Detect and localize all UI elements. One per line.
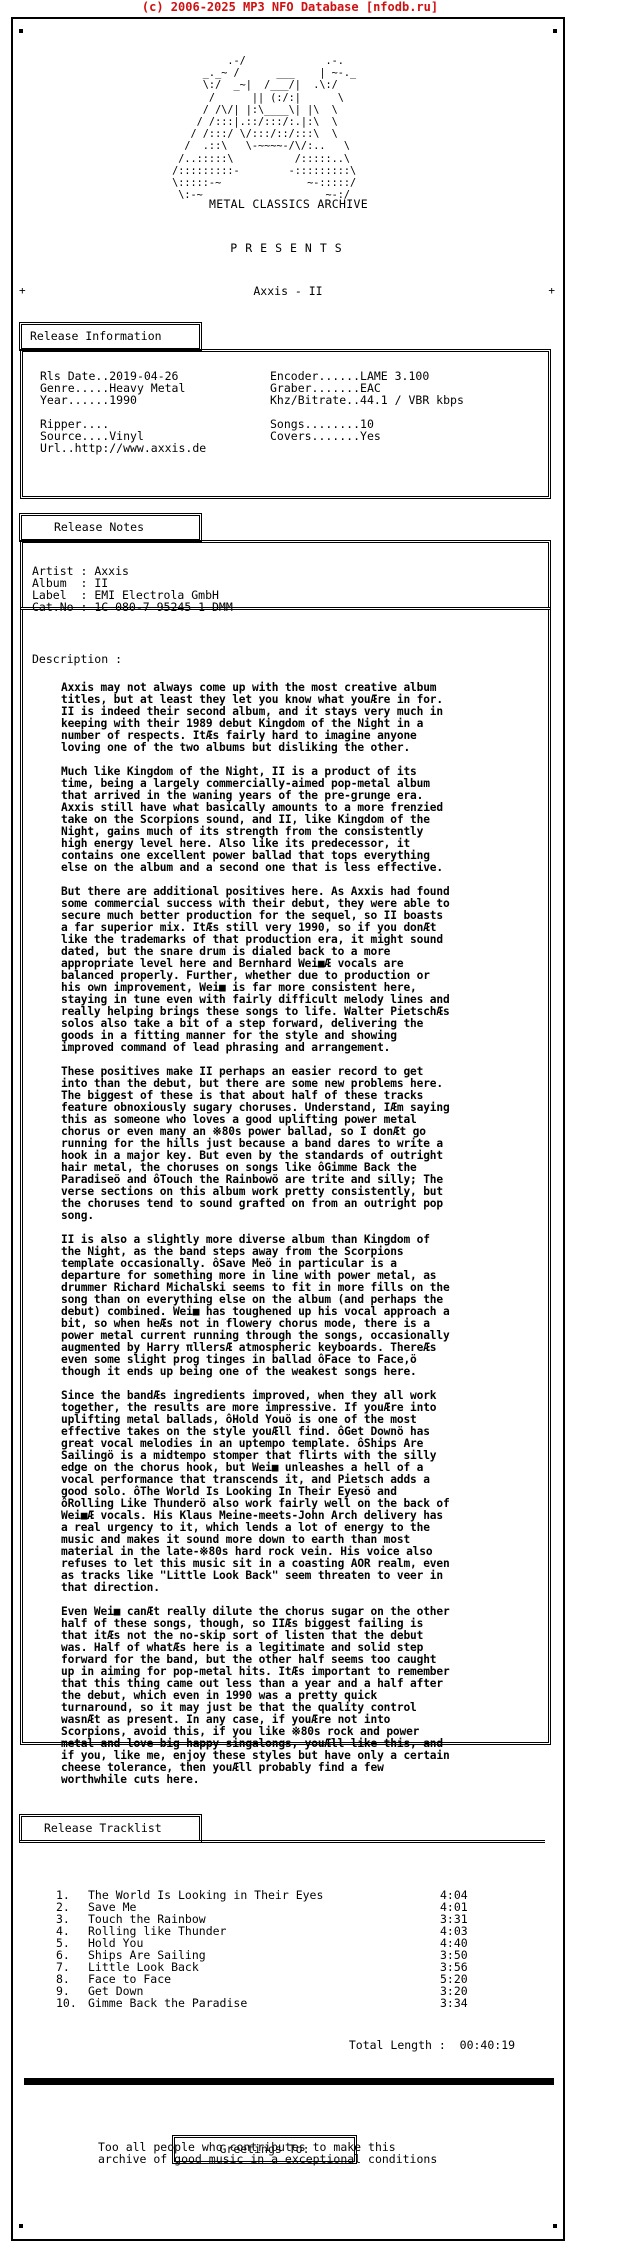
- description-paragraph: Axxis may not always come up with the mo…: [61, 682, 450, 754]
- total-length-value: 00:40:19: [460, 2038, 515, 2052]
- plus-mark-right: +: [548, 284, 555, 297]
- tracklist-divider: [20, 1840, 545, 1843]
- release-title: Axxis - II: [13, 284, 563, 298]
- description-paragraph: But there are additional positives here.…: [61, 886, 450, 1054]
- info-value: 1990: [109, 393, 137, 407]
- track-number: 10.: [56, 1997, 88, 2009]
- corner-mark-bottom-right: [553, 2224, 557, 2228]
- ascii-logo: .-/ .-. _._~ / ___ | ~-._ \:/ _~| /___/|…: [166, 56, 356, 202]
- description-label: Description :: [32, 653, 122, 665]
- description-paragraph: Since the bandÆs ingredients improved, w…: [61, 1390, 450, 1594]
- info-line: Year......1990: [40, 394, 206, 406]
- release-meta: Artist : AxxisAlbum : IILabel : EMI Elec…: [32, 565, 233, 613]
- info-line: Covers.......Yes: [270, 430, 464, 442]
- section-separator-bar: [24, 2078, 554, 2085]
- info-key: Url..: [40, 441, 75, 455]
- info-line: Khz/Bitrate..44.1 / VBR kbps: [270, 394, 464, 406]
- info-key: Khz/Bitrate..: [270, 393, 360, 407]
- total-length: Total Length : 00:40:19: [335, 2024, 515, 2052]
- description-paragraph: Even Wei■ canÆt really dilute the chorus…: [61, 1606, 450, 1786]
- tab-release-information: Release Information: [19, 322, 202, 351]
- tab-release-notes: Release Notes: [19, 513, 202, 542]
- description-paragraph: These positives make II perhaps an easie…: [61, 1066, 450, 1222]
- corner-mark-bottom-left: [19, 2224, 23, 2228]
- description-paragraph: Much like Kingdom of the Night, II is a …: [61, 766, 450, 874]
- info-key: Year......: [40, 393, 109, 407]
- info-key: Covers.......: [270, 429, 360, 443]
- track-title: Gimme Back the Paradise: [88, 1997, 440, 2009]
- presents-heading: PRESENTS: [13, 241, 567, 255]
- release-info-right: Encoder......LAME 3.100Graber.......EACK…: [270, 370, 464, 442]
- info-value: 44.1 / VBR kbps: [360, 393, 464, 407]
- copyright-banner: (c) 2006-2025 MP3 NFO Database [nfodb.ru…: [0, 0, 580, 14]
- info-value: http://www.axxis.de: [75, 441, 207, 455]
- release-info-left: Rls Date..2019-04-26Genre.....Heavy Meta…: [40, 370, 206, 454]
- track-list: 1.The World Is Looking in Their Eyes4:04…: [56, 1889, 468, 2009]
- total-length-label: Total Length :: [349, 2038, 446, 2052]
- tab-release-tracklist: Release Tracklist: [19, 1814, 202, 1843]
- corner-mark-top-left: [19, 29, 23, 33]
- logo-caption: METAL CLASSICS ARCHIVE: [209, 197, 368, 211]
- track-title: The World Is Looking in Their Eyes: [88, 1889, 440, 1901]
- description-paragraph: II is also a slightly more diverse album…: [61, 1234, 450, 1378]
- info-line: Url..http://www.axxis.de: [40, 442, 206, 454]
- info-value: Yes: [360, 429, 381, 443]
- description-text: Axxis may not always come up with the mo…: [61, 682, 450, 1798]
- track-length: 3:34: [440, 1997, 468, 2009]
- track-row: 10.Gimme Back the Paradise3:34: [56, 1997, 468, 2009]
- greetings-text: Too all people who contributes to make t…: [98, 2141, 437, 2165]
- corner-mark-top-right: [553, 29, 557, 33]
